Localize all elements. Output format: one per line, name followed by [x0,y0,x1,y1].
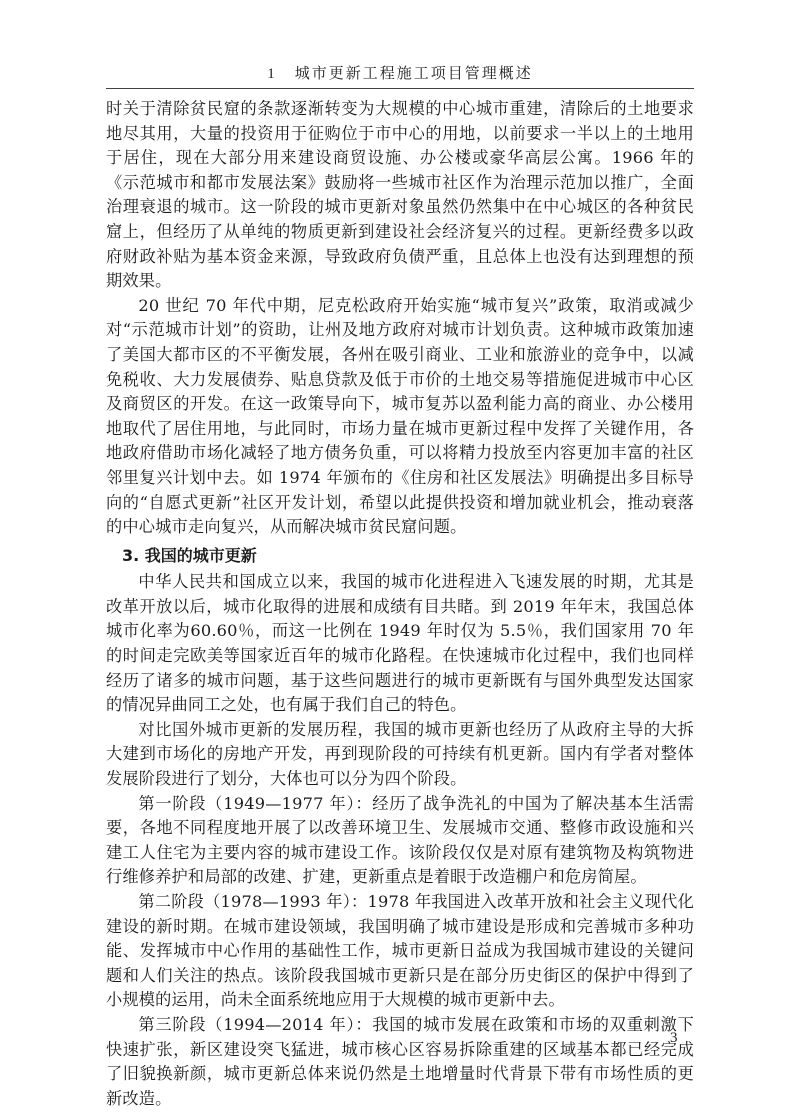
paragraph: 对比国外城市更新的发展历程，我国的城市更新也经历了从政府主导的大拆大建到市场化的… [106,718,694,792]
body-text: 时关于清除贫民窟的条款逐渐转变为大规模的中心城市重建，清除后的土地要求地尽其用，… [106,97,694,1111]
paragraph: 时关于清除贫民窟的条款逐渐转变为大规模的中心城市重建，清除后的土地要求地尽其用，… [106,97,694,294]
chapter-number: 1 [267,66,277,82]
chapter-title: 城市更新工程施工项目管理概述 [295,64,533,82]
running-header: 1城市更新工程施工项目管理概述 [106,62,694,83]
paragraph: 第一阶段（1949—1977 年）：经历了战争洗礼的中国为了解决基本生活需要，各… [106,792,694,890]
paragraph: 20 世纪 70 年代中期，尼克松政府开始实施“城市复兴”政策，取消或减少对“示… [106,294,694,540]
page-number: 3 [670,1030,678,1047]
section-heading: 3. 我国的城市更新 [106,544,694,569]
header-rule [106,88,694,89]
paragraph: 中华人民共和国成立以来，我国的城市化进程进入飞速发展的时期，尤其是改革开放以后，… [106,570,694,718]
paragraph: 第三阶段（1994—2014 年）：我国的城市发展在政策和市场的双重刺激下快速扩… [106,1013,694,1111]
paragraph: 第二阶段（1978—1993 年）：1978 年我国进入改革开放和社会主义现代化… [106,890,694,1013]
